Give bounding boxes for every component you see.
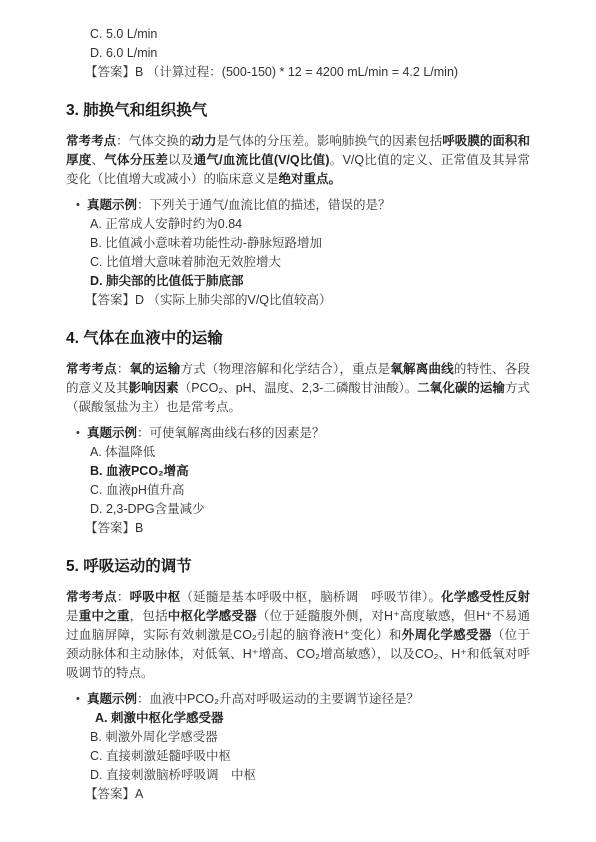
key-points-paragraph: 常考考点：气体交换的动力是气体的分压差。影响肺换气的因素包括呼吸膜的面积和厚度、… bbox=[66, 132, 530, 189]
example-question: •真题示例：血液中PCO₂升高对呼吸运动的主要调节途径是？ bbox=[66, 690, 530, 709]
text-segment: 方式（物理溶解和化学结合），重点是 bbox=[180, 362, 390, 376]
answer-line: 【答案】A bbox=[66, 785, 530, 804]
text-segment: 、 bbox=[92, 153, 105, 167]
text-segment: 以及 bbox=[168, 153, 194, 167]
question-option: B. 血液PCO₂增高 bbox=[66, 462, 530, 481]
question-option: D. 6.0 L/min bbox=[66, 44, 530, 63]
example-question: •真题示例：下列关于通气/血流比值的描述，错误的是？ bbox=[66, 196, 530, 215]
bullet-icon: • bbox=[76, 690, 80, 709]
bold-text-segment: 二氧化碳的运输 bbox=[417, 381, 505, 395]
bold-text-segment: 影响因素 bbox=[129, 381, 179, 395]
text-segment: 【答案】B （计算过程：(500-150) * 12 = 4200 mL/min… bbox=[85, 65, 458, 79]
text-segment: ：可使氧解离曲线右移的因素是？ bbox=[137, 426, 325, 440]
bold-text-segment: 真题示例 bbox=[87, 426, 137, 440]
bold-text-segment: 重中之重 bbox=[79, 609, 130, 623]
text-segment: ： bbox=[117, 590, 130, 604]
text-segment: ：血液中PCO₂升高对呼吸运动的主要调节途径是？ bbox=[137, 692, 419, 706]
question-option: C. 直接刺激延髓呼吸中枢 bbox=[66, 747, 530, 766]
bold-text-segment: 真题示例 bbox=[87, 692, 137, 706]
text-segment: 【答案】D （实际上肺尖部的V/Q比值较高） bbox=[85, 293, 332, 307]
section-heading: 5. 呼吸运动的调节 bbox=[66, 554, 530, 580]
question-option: D. 肺尖部的比值低于肺底部 bbox=[66, 272, 530, 291]
bold-text-segment: 氧的运输 bbox=[130, 362, 181, 376]
bold-text-segment: 真题示例 bbox=[87, 198, 137, 212]
bold-text-segment: 动力 bbox=[191, 134, 216, 148]
bold-text-segment: 绝对重点。 bbox=[279, 172, 342, 186]
text-segment: ：气体交换的 bbox=[116, 134, 191, 148]
question-option: C. 血液pH值升高 bbox=[66, 481, 530, 500]
question-option: A. 正常成人安静时约为0.84 bbox=[66, 215, 530, 234]
bold-text-segment: 化学感受性反射 bbox=[441, 590, 530, 604]
text-segment: 是 bbox=[66, 609, 79, 623]
answer-line: 【答案】B bbox=[66, 519, 530, 538]
text-segment: 是气体的分压差。影响肺换气的因素包括 bbox=[217, 134, 443, 148]
bold-text-segment: 常考考点 bbox=[66, 134, 116, 148]
bold-text-segment: 呼吸中枢 bbox=[130, 590, 181, 604]
question-option: A. 体温降低 bbox=[66, 443, 530, 462]
question-option: B. 比值减小意味着功能性动-静脉短路增加 bbox=[66, 234, 530, 253]
bullet-icon: • bbox=[76, 196, 80, 215]
text-segment: ：下列关于通气/血流比值的描述，错误的是？ bbox=[137, 198, 390, 212]
bold-text-segment: 常考考点 bbox=[66, 362, 117, 376]
question-option: C. 比值增大意味着肺泡无效腔增大 bbox=[66, 253, 530, 272]
bullet-icon: • bbox=[76, 424, 80, 443]
text-segment: ，包括 bbox=[130, 609, 168, 623]
bold-text-segment: 中枢化学感受器 bbox=[168, 609, 257, 623]
text-segment: 【答案】B bbox=[85, 521, 143, 535]
bold-text-segment: 外周化学感受器 bbox=[402, 628, 492, 642]
text-segment: 【答案】A bbox=[85, 787, 143, 801]
question-option: A. 刺激中枢化学感受器 bbox=[66, 709, 530, 728]
text-segment: （PCO₂、pH、温度、2,3-二磷酸甘油酸）。 bbox=[179, 381, 418, 395]
section-heading: 4. 气体在血液中的运输 bbox=[66, 326, 530, 352]
question-option: D. 2,3-DPG含量减少 bbox=[66, 500, 530, 519]
question-option: B. 刺激外周化学感受器 bbox=[66, 728, 530, 747]
example-question: •真题示例：可使氧解离曲线右移的因素是？ bbox=[66, 424, 530, 443]
key-points-paragraph: 常考考点：氧的运输方式（物理溶解和化学结合），重点是氧解离曲线的特性、各段的意义… bbox=[66, 360, 530, 417]
bold-text-segment: 气体分压差 bbox=[104, 153, 168, 167]
question-option: D. 直接刺激脑桥呼吸调 中枢 bbox=[66, 766, 530, 785]
document-page: C. 5.0 L/minD. 6.0 L/min【答案】B （计算过程：(500… bbox=[0, 0, 596, 842]
answer-line: 【答案】D （实际上肺尖部的V/Q比值较高） bbox=[66, 291, 530, 310]
text-segment: ： bbox=[117, 362, 130, 376]
question-option: C. 5.0 L/min bbox=[66, 25, 530, 44]
bold-text-segment: 通气/血流比值(V/Q比值) bbox=[194, 153, 330, 167]
bold-text-segment: 氧解离曲线 bbox=[390, 362, 454, 376]
answer-line: 【答案】B （计算过程：(500-150) * 12 = 4200 mL/min… bbox=[66, 63, 530, 82]
key-points-paragraph: 常考考点：呼吸中枢（延髓是基本呼吸中枢，脑桥调 呼吸节律）。化学感受性反射是重中… bbox=[66, 588, 530, 683]
bold-text-segment: 常考考点 bbox=[66, 590, 117, 604]
text-segment: （延髓是基本呼吸中枢，脑桥调 呼吸节律）。 bbox=[180, 590, 441, 604]
section-heading: 3. 肺换气和组织换气 bbox=[66, 98, 530, 124]
